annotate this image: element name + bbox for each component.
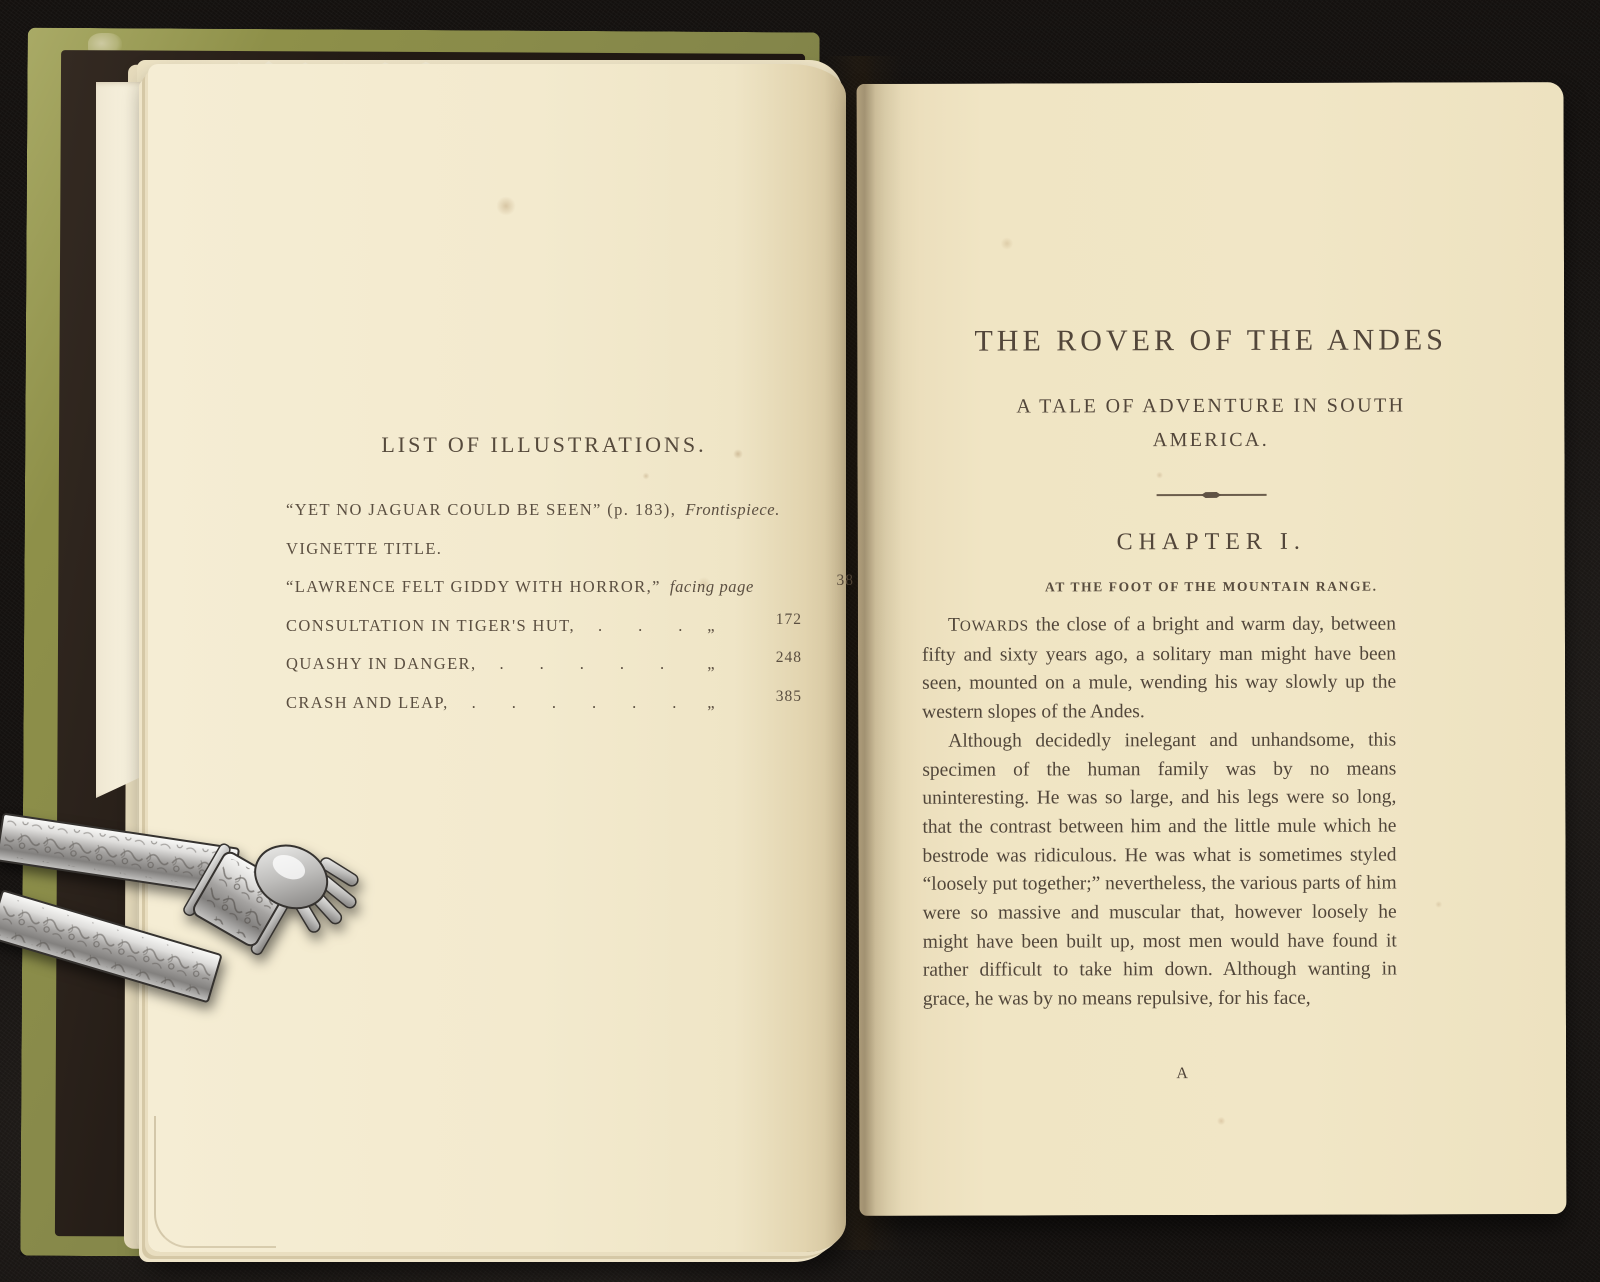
chapter-heading-block: THE ROVER OF THE ANDES A TALE OF ADVENTU…	[885, 322, 1537, 596]
ornamental-rule	[1156, 494, 1266, 496]
subtitle-line-1: A TALE OF ADVENTURE IN SOUTH	[885, 388, 1536, 424]
toc-row: CRASH AND LEAP, ...... „ 385	[286, 693, 802, 732]
book-subtitle: A TALE OF ADVENTURE IN SOUTH AMERICA.	[885, 388, 1536, 458]
toc-dot-leader: ...	[584, 616, 707, 636]
toc-heading: LIST OF ILLUSTRATIONS.	[286, 430, 802, 460]
toc-row: VIGNETTE TITLE.	[286, 539, 802, 578]
toc-item-label: CONSULTATION IN TIGER'S HUT,	[286, 616, 575, 636]
toc-item-label: CRASH AND LEAP,	[286, 693, 449, 713]
toc-page-number: 385	[720, 688, 802, 706]
toc-ditto-mark: „	[707, 616, 716, 636]
paragraph-2: Although decidedly inelegant and unhands…	[922, 726, 1397, 1014]
toc-dot-leader: ......	[458, 693, 708, 713]
toc-list: “YET NO JAGUAR COULD BE SEEN” (p. 183), …	[286, 500, 802, 732]
toc-ditto-mark: „	[707, 693, 716, 713]
toc-dot-leader: .....	[485, 654, 707, 674]
left-page: LIST OF ILLUSTRATIONS. “YET NO JAGUAR CO…	[148, 64, 846, 1252]
lead-capital: T	[948, 615, 960, 636]
toc-item-label: “LAWRENCE FELT GIDDY WITH HORROR,”	[286, 577, 661, 597]
toc-page-number: 248	[720, 649, 802, 667]
body-text: TOWARDS the close of a bright and warm d…	[922, 611, 1397, 1015]
right-page: THE ROVER OF THE ANDES A TALE OF ADVENTU…	[857, 82, 1567, 1216]
rule-diamond	[1201, 491, 1221, 498]
toc-ditto-mark: „	[707, 654, 716, 674]
toc-page-number: 38	[772, 572, 854, 590]
list-of-illustrations: LIST OF ILLUSTRATIONS. “YET NO JAGUAR CO…	[286, 430, 802, 732]
chapter-section-caption: AT THE FOOT OF THE MOUNTAIN RANGE.	[886, 578, 1537, 596]
toc-row: “YET NO JAGUAR COULD BE SEEN” (p. 183), …	[286, 500, 802, 539]
toc-item-label: VIGNETTE TITLE.	[286, 539, 442, 559]
paragraph-1: TOWARDS the close of a bright and warm d…	[922, 611, 1396, 728]
book-title: THE ROVER OF THE ANDES	[885, 322, 1536, 360]
toc-item-label: QUASHY IN DANGER,	[286, 654, 476, 674]
toc-item-note: facing page	[670, 577, 754, 597]
toc-item-label: “YET NO JAGUAR COULD BE SEEN” (p. 183),	[286, 500, 676, 520]
toc-page-number: 172	[720, 611, 802, 629]
printer-signature-mark: A	[859, 1064, 1506, 1084]
silver-bookmark-clip	[0, 778, 362, 1010]
toc-item-note: Frontispiece.	[685, 500, 780, 520]
photo-of-open-book: LIST OF ILLUSTRATIONS. “YET NO JAGUAR CO…	[0, 0, 1600, 1282]
lead-small-caps: OWARDS	[960, 617, 1029, 634]
chapter-number: CHAPTER I.	[886, 527, 1537, 557]
subtitle-line-2: AMERICA.	[885, 422, 1536, 458]
